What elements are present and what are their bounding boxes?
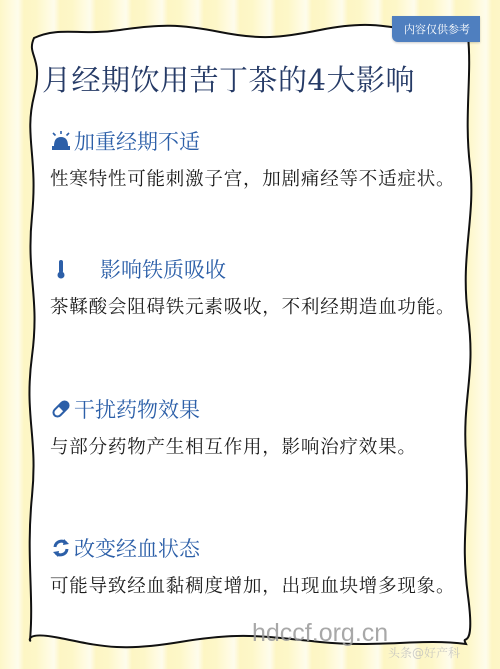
- pill-icon: [50, 398, 72, 420]
- section-body-1: 性寒特性可能刺激子宫，加剧痛经等不适症状。: [50, 162, 475, 198]
- site-watermark: hdccf.org.cn: [252, 619, 388, 648]
- source-watermark: 头条@好产科: [388, 644, 460, 661]
- section-heading-text: 加重经期不适: [74, 126, 200, 156]
- section-heading-3: 干扰药物效果: [50, 394, 200, 424]
- content-card: 内容仅供参考 月经期饮用苦丁茶的4大影响 加重经期不适 性寒特性可能刺激子宫，加…: [20, 16, 482, 656]
- section-heading-4: 改变经血状态: [50, 533, 200, 563]
- section-body-2: 茶鞣酸会阻碍铁元素吸收，不利经期造血功能。: [50, 290, 475, 326]
- section-heading-2: 影响铁质吸收: [50, 254, 226, 284]
- page-title: 月经期饮用苦丁茶的4大影响: [42, 58, 415, 99]
- section-body-3: 与部分药物产生相互作用，影响治疗效果。: [50, 430, 475, 466]
- disclaimer-badge: 内容仅供参考: [392, 16, 480, 42]
- section-heading-text: 改变经血状态: [74, 533, 200, 563]
- section-heading-text: 干扰药物效果: [74, 394, 200, 424]
- section-heading-text: 影响铁质吸收: [100, 254, 226, 284]
- section-body-4: 可能导致经血黏稠度增加，出现血块增多现象。: [50, 569, 475, 605]
- alarm-light-icon: [50, 130, 72, 152]
- section-heading-1: 加重经期不适: [50, 126, 200, 156]
- thermometer-icon: [50, 258, 72, 280]
- refresh-icon: [50, 537, 72, 559]
